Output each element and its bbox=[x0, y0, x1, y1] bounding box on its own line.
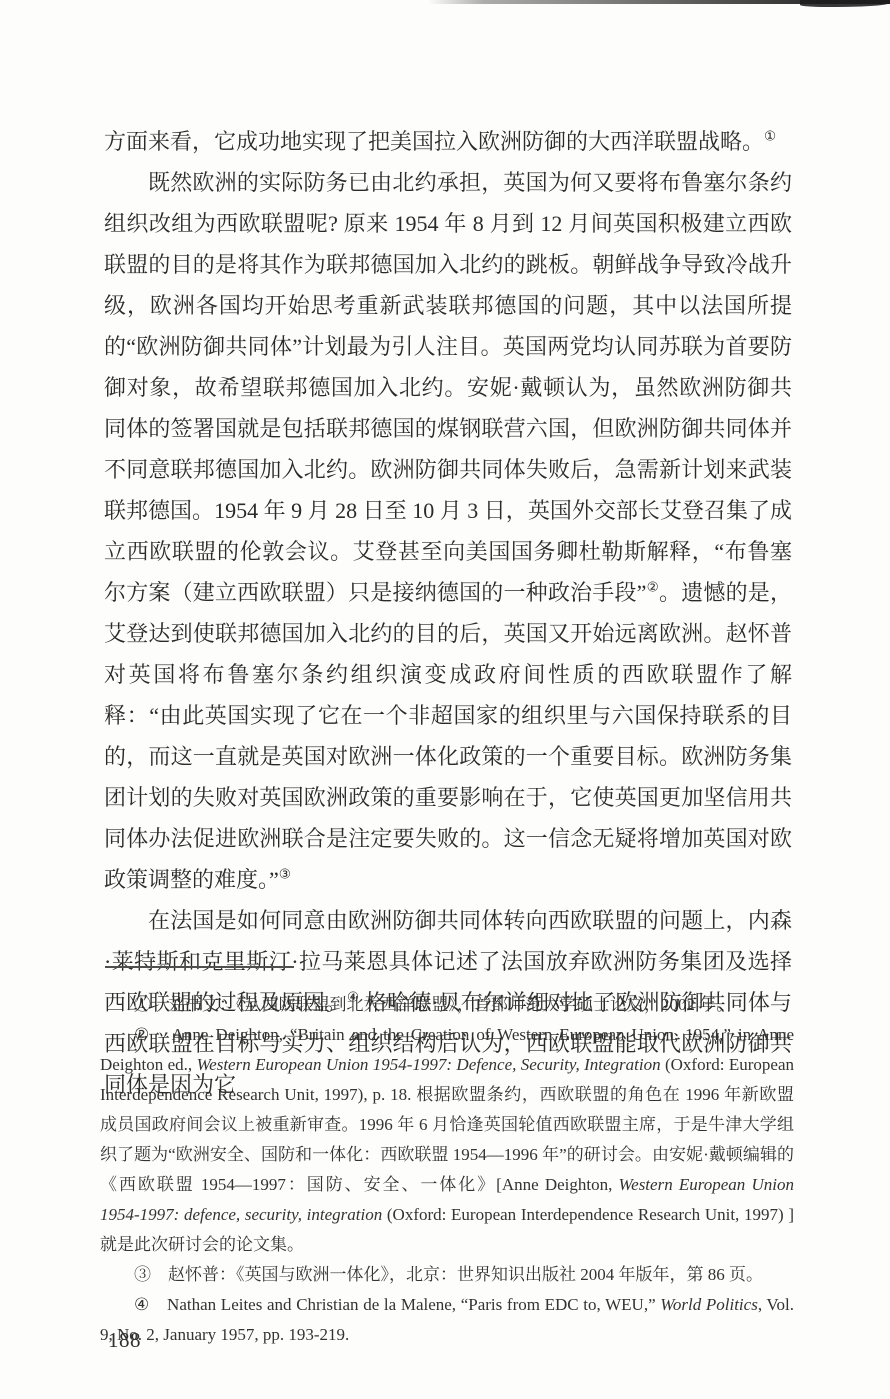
main-text-block: 方面来看，它成功地实现了把美国拉入欧洲防御的大西洋联盟战略。① 既然欧洲的实际防… bbox=[104, 121, 792, 1105]
scanned-book-page: 方面来看，它成功地实现了把美国拉入欧洲防御的大西洋联盟战略。① 既然欧洲的实际防… bbox=[0, 0, 890, 1399]
scan-corner-artifact bbox=[800, 0, 890, 7]
footnote-3: ③ 赵怀普：《英国与欧洲一体化》，北京：世界知识出版社 2004 年版年，第 8… bbox=[100, 1260, 794, 1290]
page-number: 188 bbox=[108, 1328, 141, 1353]
footnote-4: ④ Nathan Leites and Christian de la Male… bbox=[100, 1290, 794, 1350]
footnote-1: ① 刘书文：《从西欧联盟到北大西洋联盟》，首都师范大学硕士论文，2002 年。 bbox=[100, 990, 794, 1020]
footnote-2: ② Anne Deighton, “Britain and the Creati… bbox=[100, 1020, 794, 1260]
paragraph-continuation: 方面来看，它成功地实现了把美国拉入欧洲防御的大西洋联盟战略。① bbox=[104, 121, 792, 162]
footnotes-block: ① 刘书文：《从西欧联盟到北大西洋联盟》，首都师范大学硕士论文，2002 年。 … bbox=[100, 990, 794, 1350]
footnote-separator-rule bbox=[105, 966, 294, 968]
paragraph-2: 既然欧洲的实际防务已由北约承担，英国为何又要将布鲁塞尔条约组织改组为西欧联盟呢?… bbox=[104, 162, 792, 900]
